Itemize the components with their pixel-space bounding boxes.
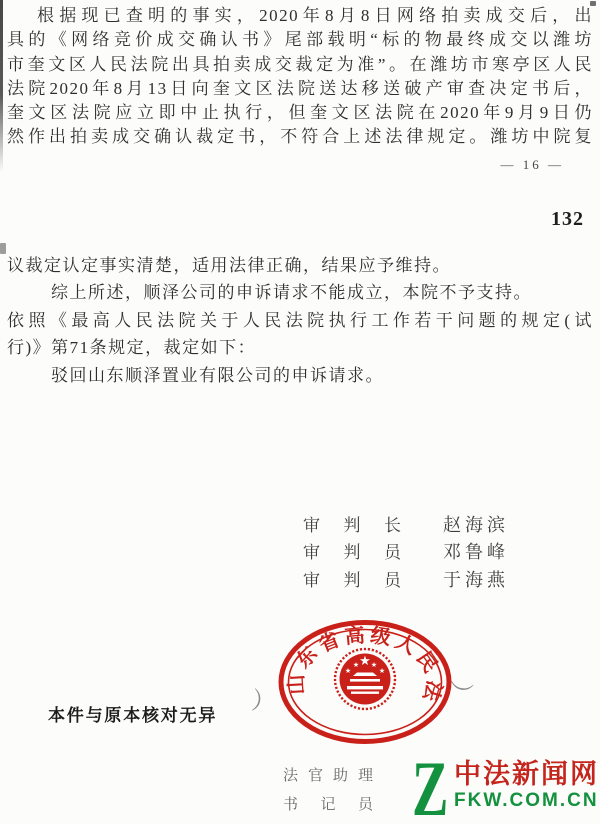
text-line: 综上所述，顺泽公司的申诉请求不能成立，本院不予支持。 xyxy=(7,279,593,306)
watermark-letter-z: Z xyxy=(412,759,446,819)
paragraph-facts: 根据现已查明的事实，2020年8月8日网络拍卖成交后，出 具的《网络竞价成交确认… xyxy=(7,4,593,150)
clerk-title: 书记员 xyxy=(283,791,373,820)
handwriting-mark: ） xyxy=(250,681,279,719)
judges-block: 审判长 赵海滨 审判员 邓鲁峰 审判员 于海燕 xyxy=(303,512,509,594)
document-page: 根据现已查明的事实，2020年8月8日网络拍卖成交后，出 具的《网络竞价成交确认… xyxy=(0,0,600,824)
judge-row: 审判长 赵海滨 xyxy=(303,512,509,539)
watermark-logo: Z 中法新闻网 FKW.COM.CN xyxy=(412,759,599,819)
certification-text: 本件与原本核对无异 xyxy=(48,701,217,726)
small-star-icon: ★ xyxy=(345,667,351,675)
judge-title: 审判长 xyxy=(303,512,401,539)
text-line: 具的《网络竞价成交确认书》尾部载明“标的物最终成交以潍坊 xyxy=(7,28,593,52)
text-line: 驳回山东顺泽置业有限公司的申诉请求。 xyxy=(7,362,593,389)
text-line: 行)》第71条规定，裁定如下： xyxy=(7,334,593,361)
clerk-row: 法官助理 xyxy=(283,762,373,791)
big-star-icon: ★ xyxy=(359,653,371,668)
judge-name: 于海燕 xyxy=(443,567,509,594)
scan-edge-bar xyxy=(0,0,3,172)
clerk-row: 书记员 xyxy=(283,791,373,820)
paragraph-ruling: 议裁定认定事实清楚，适用法律正确，结果应予维持。 综上所述，顺泽公司的申诉请求不… xyxy=(7,252,593,389)
clerks-block: 法官助理 书记员 xyxy=(283,762,373,819)
page-number: 132 xyxy=(551,208,584,231)
judge-row: 审判员 邓鲁峰 xyxy=(303,539,509,566)
watermark-site-name: 中法新闻网 xyxy=(454,759,599,790)
judge-name: 邓鲁峰 xyxy=(443,539,509,566)
text-line: 市奎文区人民法院出具拍卖成交裁定为准”。在潍坊市寒亭区人民 xyxy=(7,53,593,77)
text-line: 议裁定认定事实清楚，适用法律正确，结果应予维持。 xyxy=(7,252,593,279)
page-marker: — 16 — xyxy=(501,157,565,173)
text-line: 法院2020年8月13日向奎文区法院送达移送破产审查决定书后， xyxy=(7,77,593,101)
clerk-title: 法官助理 xyxy=(283,762,373,791)
text-line: 依照《最高人民法院关于人民法院执行工作若干问题的规定(试 xyxy=(7,307,593,334)
watermark-text-column: 中法新闻网 FKW.COM.CN xyxy=(454,759,599,812)
scan-edge-tick xyxy=(0,243,6,254)
small-star-icon: ★ xyxy=(353,661,359,669)
small-star-icon: ★ xyxy=(371,661,377,669)
text-line: 根据现已查明的事实，2020年8月8日网络拍卖成交后，出 xyxy=(7,4,593,28)
watermark-site-url: FKW.COM.CN xyxy=(454,790,599,812)
judge-title: 审判员 xyxy=(303,567,401,594)
text-line: 奎文区法院应立即中止执行，但奎文区法院在2020年9月9日仍 xyxy=(7,101,593,125)
judge-row: 审判员 于海燕 xyxy=(303,567,509,594)
court-seal: 山东省高级人民法院 ★ ★ ★ ★ ★ xyxy=(277,619,453,746)
small-star-icon: ★ xyxy=(379,667,385,675)
national-emblem-icon: ★ ★ ★ ★ ★ xyxy=(335,649,395,709)
judge-title: 审判员 xyxy=(303,539,401,566)
judge-name: 赵海滨 xyxy=(443,512,509,539)
text-line: 然作出拍卖成交确认裁定书，不符合上述法律规定。潍坊中院复 xyxy=(7,125,593,149)
